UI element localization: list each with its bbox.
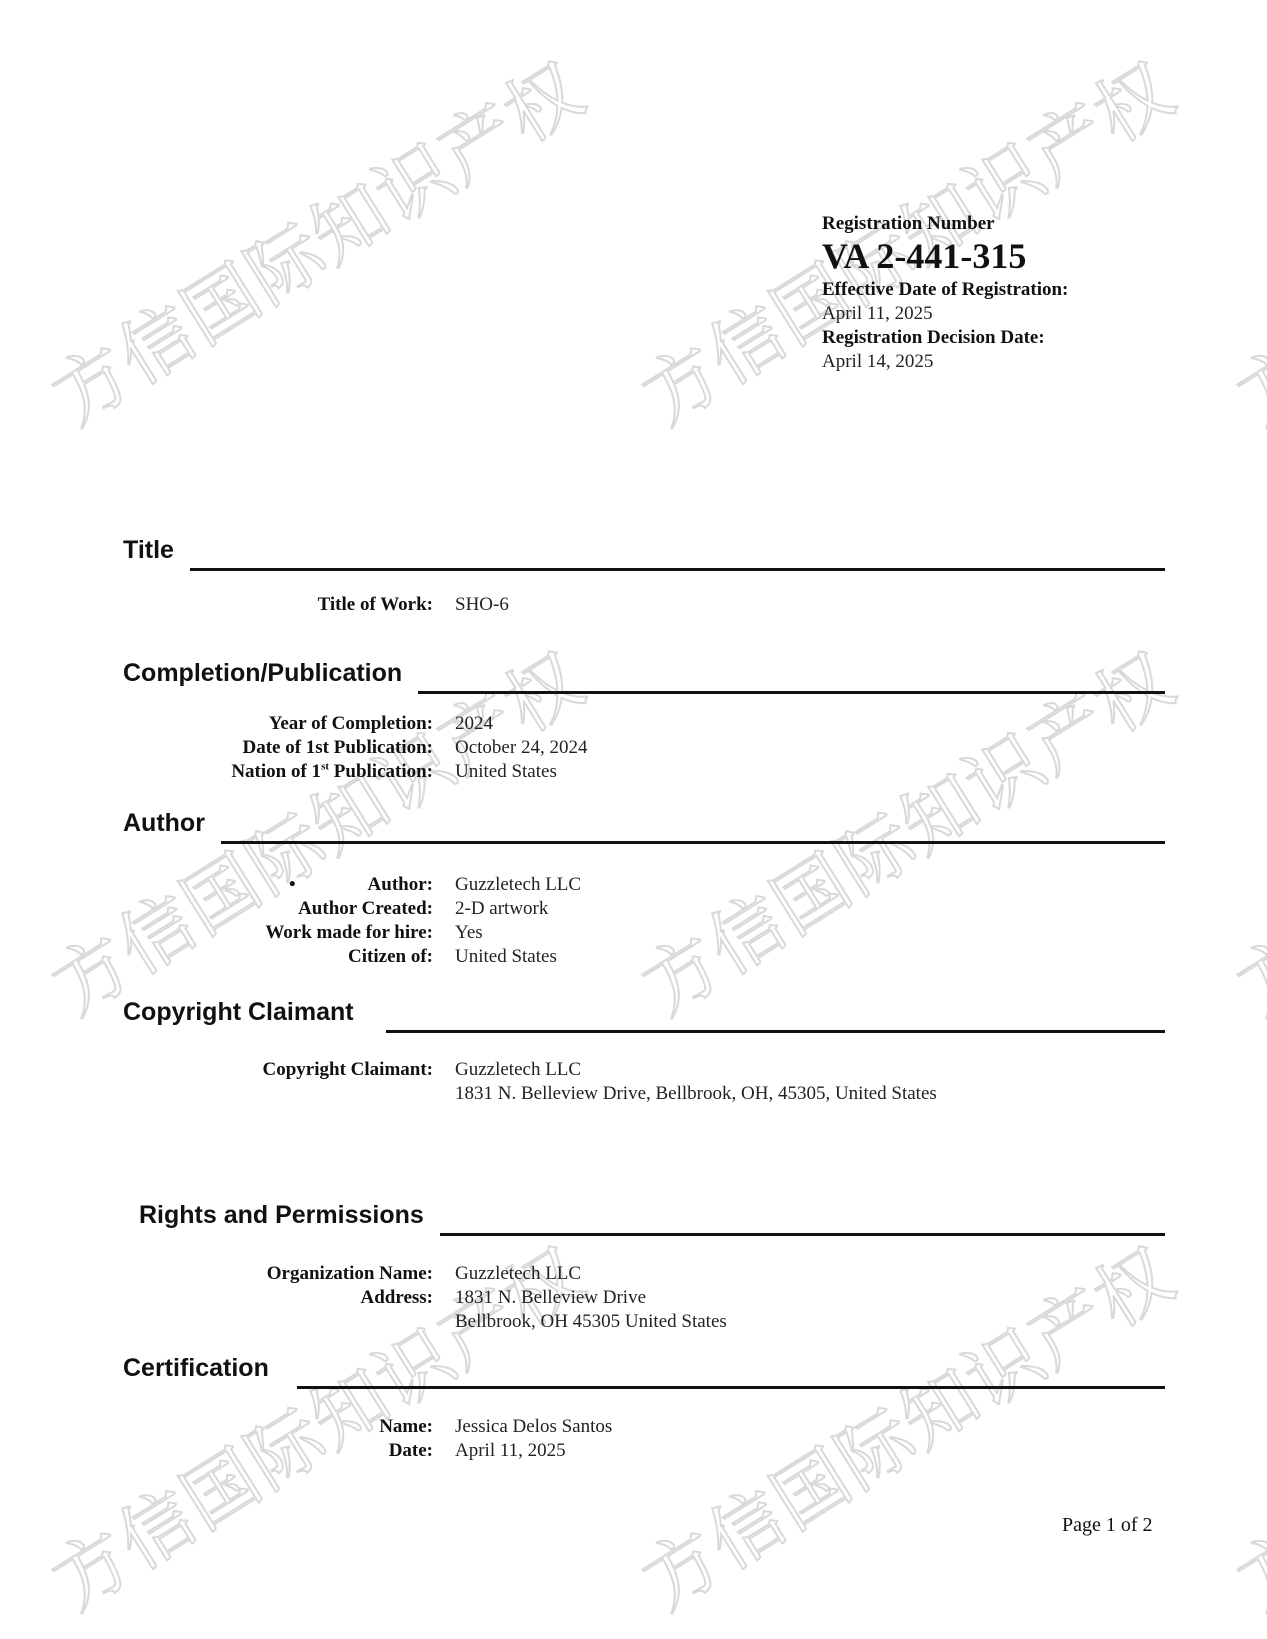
section-rule [221, 841, 1165, 844]
field-value: 2-D artwork [455, 897, 548, 921]
field-value: 2024 [455, 712, 493, 736]
field-row: Date of 1st Publication: October 24, 202… [0, 736, 1267, 760]
field-value: Guzzletech LLC 1831 N. Belleview Drive, … [455, 1058, 937, 1106]
field-value: Jessica Delos Santos [455, 1415, 612, 1439]
field-row: Nation of 1st Publication: United States [0, 760, 1267, 784]
decision-date: April 14, 2025 [822, 350, 1068, 374]
completion-fields: Year of Completion: 2024 Date of 1st Pub… [0, 712, 1267, 784]
page-number: Page 1 of 2 [1062, 1514, 1153, 1537]
certification-fields: Name: Jessica Delos Santos Date: April 1… [0, 1415, 1267, 1463]
certificate-page: 方信国际知识产权 方信国际知识产权 方信国际知识产权 方信国际知识产权 方信国际… [0, 0, 1267, 1639]
section-rule [386, 1030, 1165, 1033]
section-rule [440, 1233, 1165, 1236]
field-value: SHO-6 [455, 593, 509, 617]
field-label: Title of Work: [0, 593, 455, 617]
field-row: Copyright Claimant: Guzzletech LLC 1831 … [0, 1058, 1267, 1106]
section-heading: Author [123, 808, 205, 838]
section-certification: Certification [123, 1353, 1165, 1383]
field-row: • Author: Guzzletech LLC [0, 873, 1267, 897]
field-label: Organization Name: [0, 1262, 455, 1286]
field-value: United States [455, 760, 557, 784]
watermark: 方信国际知识产权 [1215, 623, 1267, 1035]
field-value: Yes [455, 921, 483, 945]
field-value: 1831 N. Belleview Drive Bellbrook, OH 45… [455, 1286, 727, 1334]
bullet-icon: • [289, 873, 296, 897]
field-row: Name: Jessica Delos Santos [0, 1415, 1267, 1439]
author-fields: • Author: Guzzletech LLC Author Created:… [0, 873, 1267, 969]
section-heading: Copyright Claimant [123, 997, 354, 1027]
field-label: Date: [0, 1439, 455, 1463]
field-value: October 24, 2024 [455, 736, 587, 760]
field-label: Work made for hire: [0, 921, 455, 945]
field-label: Address: [0, 1286, 455, 1334]
field-value: April 11, 2025 [455, 1439, 566, 1463]
section-rule [297, 1386, 1165, 1389]
registration-number-label: Registration Number [822, 212, 1068, 236]
field-label: Author Created: [0, 897, 455, 921]
registration-number: VA 2-441-315 [822, 236, 1068, 276]
field-row: Address: 1831 N. Belleview Drive Bellbro… [0, 1286, 1267, 1334]
field-label: Citizen of: [0, 945, 455, 969]
field-label: Date of 1st Publication: [0, 736, 455, 760]
watermark: 方信国际知识产权 [30, 33, 602, 445]
field-label: Name: [0, 1415, 455, 1439]
effective-date: April 11, 2025 [822, 302, 1068, 326]
rights-fields: Organization Name: Guzzletech LLC Addres… [0, 1262, 1267, 1334]
section-rule [190, 568, 1165, 571]
section-heading: Title [123, 535, 174, 565]
field-label: Year of Completion: [0, 712, 455, 736]
field-value: Guzzletech LLC [455, 1262, 581, 1286]
section-heading: Rights and Permissions [139, 1200, 424, 1230]
field-row: Organization Name: Guzzletech LLC [0, 1262, 1267, 1286]
field-value: United States [455, 945, 557, 969]
section-heading: Certification [123, 1353, 269, 1383]
section-rights: Rights and Permissions [139, 1200, 1165, 1230]
field-row: Date: April 11, 2025 [0, 1439, 1267, 1463]
field-label: Nation of 1st Publication: [0, 760, 455, 784]
field-row: Author Created: 2-D artwork [0, 897, 1267, 921]
claimant-fields: Copyright Claimant: Guzzletech LLC 1831 … [0, 1058, 1267, 1106]
registration-block: Registration Number VA 2-441-315 Effecti… [822, 212, 1068, 374]
watermark: 方信国际知识产权 [1215, 33, 1267, 445]
decision-date-label: Registration Decision Date: [822, 326, 1068, 350]
field-value: Guzzletech LLC [455, 873, 581, 897]
section-claimant: Copyright Claimant [123, 997, 1165, 1027]
section-title: Title [123, 535, 1165, 565]
field-label: • Author: [0, 873, 455, 897]
section-rule [418, 691, 1165, 694]
field-row: Work made for hire: Yes [0, 921, 1267, 945]
section-completion: Completion/Publication [123, 658, 1165, 688]
section-heading: Completion/Publication [123, 658, 402, 688]
field-row: Year of Completion: 2024 [0, 712, 1267, 736]
effective-date-label: Effective Date of Registration: [822, 278, 1068, 302]
field-label: Copyright Claimant: [0, 1058, 455, 1106]
section-author: Author [123, 808, 1165, 838]
field-row: Citizen of: United States [0, 945, 1267, 969]
field-row: Title of Work: SHO-6 [0, 593, 1267, 617]
title-fields: Title of Work: SHO-6 [0, 593, 1267, 617]
